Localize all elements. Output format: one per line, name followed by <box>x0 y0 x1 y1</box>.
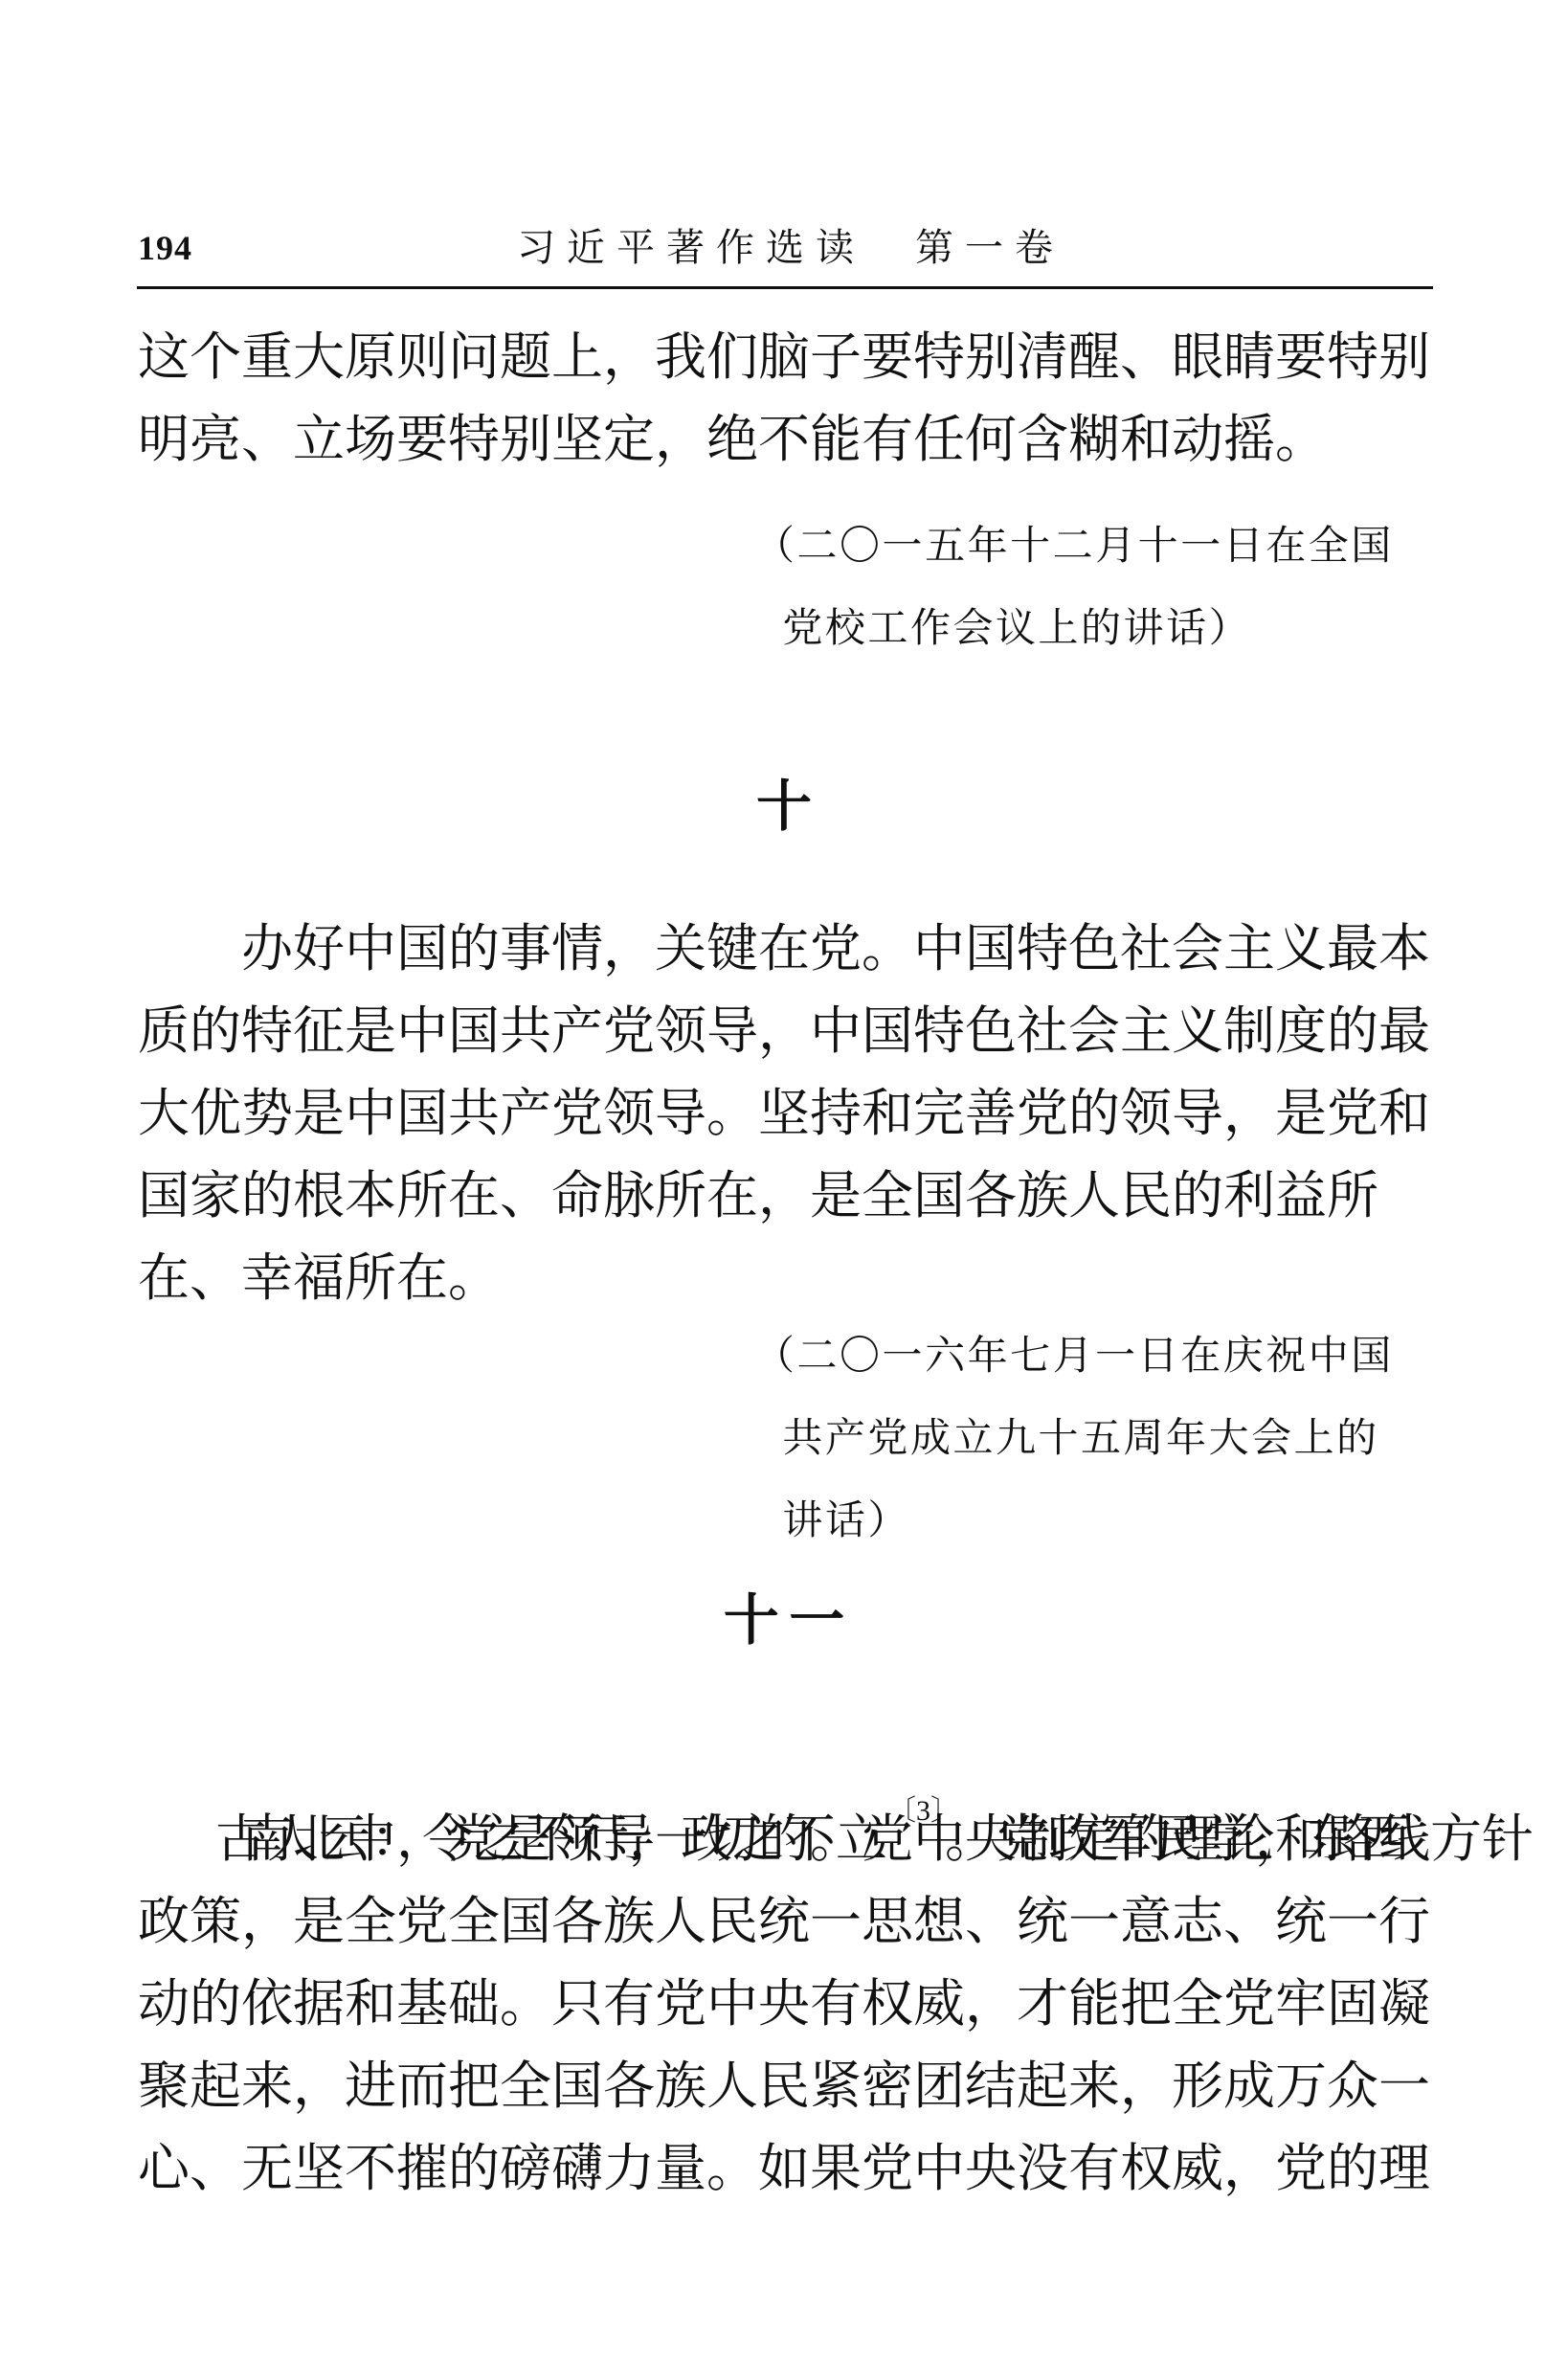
text-line: 这个重大原则问题上，我们脑子要特别清醒、眼睛要特别 <box>138 316 1440 398</box>
running-header: 194 习近平著作选读 第一卷 <box>138 218 1432 278</box>
text-line: 国家的根本所在、命脉所在，是全国各族人民的利益所 <box>138 1155 1440 1237</box>
text-line: 明亮、立场要特别坚定，绝不能有任何含糊和动摇。 <box>138 398 1440 481</box>
passage-3: 古人云：令之不行，政之不立〔3〕。党政军民学，东西 南北中，党是领导一切的。党中… <box>138 1716 1440 2210</box>
text-line: 聚起来，进而把全国各族人民紧密团结起来，形成万众一 <box>138 2045 1440 2127</box>
text-line: 大优势是中国共产党领导。坚持和完善党的领导，是党和 <box>138 1072 1440 1155</box>
text-line: （二〇一五年十二月十一日在全国 <box>754 506 1386 588</box>
text-line: 质的特征是中国共产党领导，中国特色社会主义制度的最 <box>138 990 1440 1072</box>
text-line: 党校工作会议上的讲话） <box>754 588 1386 670</box>
header-rule <box>137 286 1433 289</box>
text-line: 在、幸福所在。 <box>138 1237 1440 1319</box>
text-line: 动的依据和基础。只有党中央有权威，才能把全党牢固凝 <box>138 1963 1440 2045</box>
text-line: （二〇一六年七月一日在庆祝中国 <box>754 1315 1386 1398</box>
text-line: 共产党成立九十五周年大会上的 <box>754 1398 1386 1480</box>
text-line: 古人云：令之不行，政之不立〔3〕。党政军民学，东西 <box>138 1716 1440 1798</box>
book-title: 习近平著作选读 第一卷 <box>138 218 1432 278</box>
section-number-10: 十 <box>0 764 1568 850</box>
footnote-ref-3: 〔3〕 <box>887 1795 945 1827</box>
section-number-11: 十一 <box>0 1578 1568 1664</box>
text-line: 讲话） <box>754 1480 1386 1562</box>
text-line: 南北中，党是领导一切的。党中央制定的理论和路线方针 <box>138 1798 1440 1880</box>
text-line: 心、无坚不摧的磅礴力量。如果党中央没有权威，党的理 <box>138 2127 1440 2210</box>
passage-1: 这个重大原则问题上，我们脑子要特别清醒、眼睛要特别明亮、立场要特别坚定，绝不能有… <box>138 316 1440 481</box>
text-line: 办好中国的事情，关键在党。中国特色社会主义最本 <box>138 908 1440 990</box>
passage-2: 办好中国的事情，关键在党。中国特色社会主义最本质的特征是中国共产党领导，中国特色… <box>138 908 1440 1319</box>
attribution-source-1: （二〇一五年十二月十一日在全国党校工作会议上的讲话） <box>754 506 1386 670</box>
passage-3-rest: 南北中，党是领导一切的。党中央制定的理论和路线方针政策，是全党全国各族人民统一思… <box>138 1798 1440 2210</box>
book-page: 194 习近平著作选读 第一卷 这个重大原则问题上，我们脑子要特别清醒、眼睛要特… <box>0 0 1568 2360</box>
text-line: 政策，是全党全国各族人民统一思想、统一意志、统一行 <box>138 1880 1440 1963</box>
attribution-source-2: （二〇一六年七月一日在庆祝中国共产党成立九十五周年大会上的讲话） <box>754 1315 1386 1562</box>
